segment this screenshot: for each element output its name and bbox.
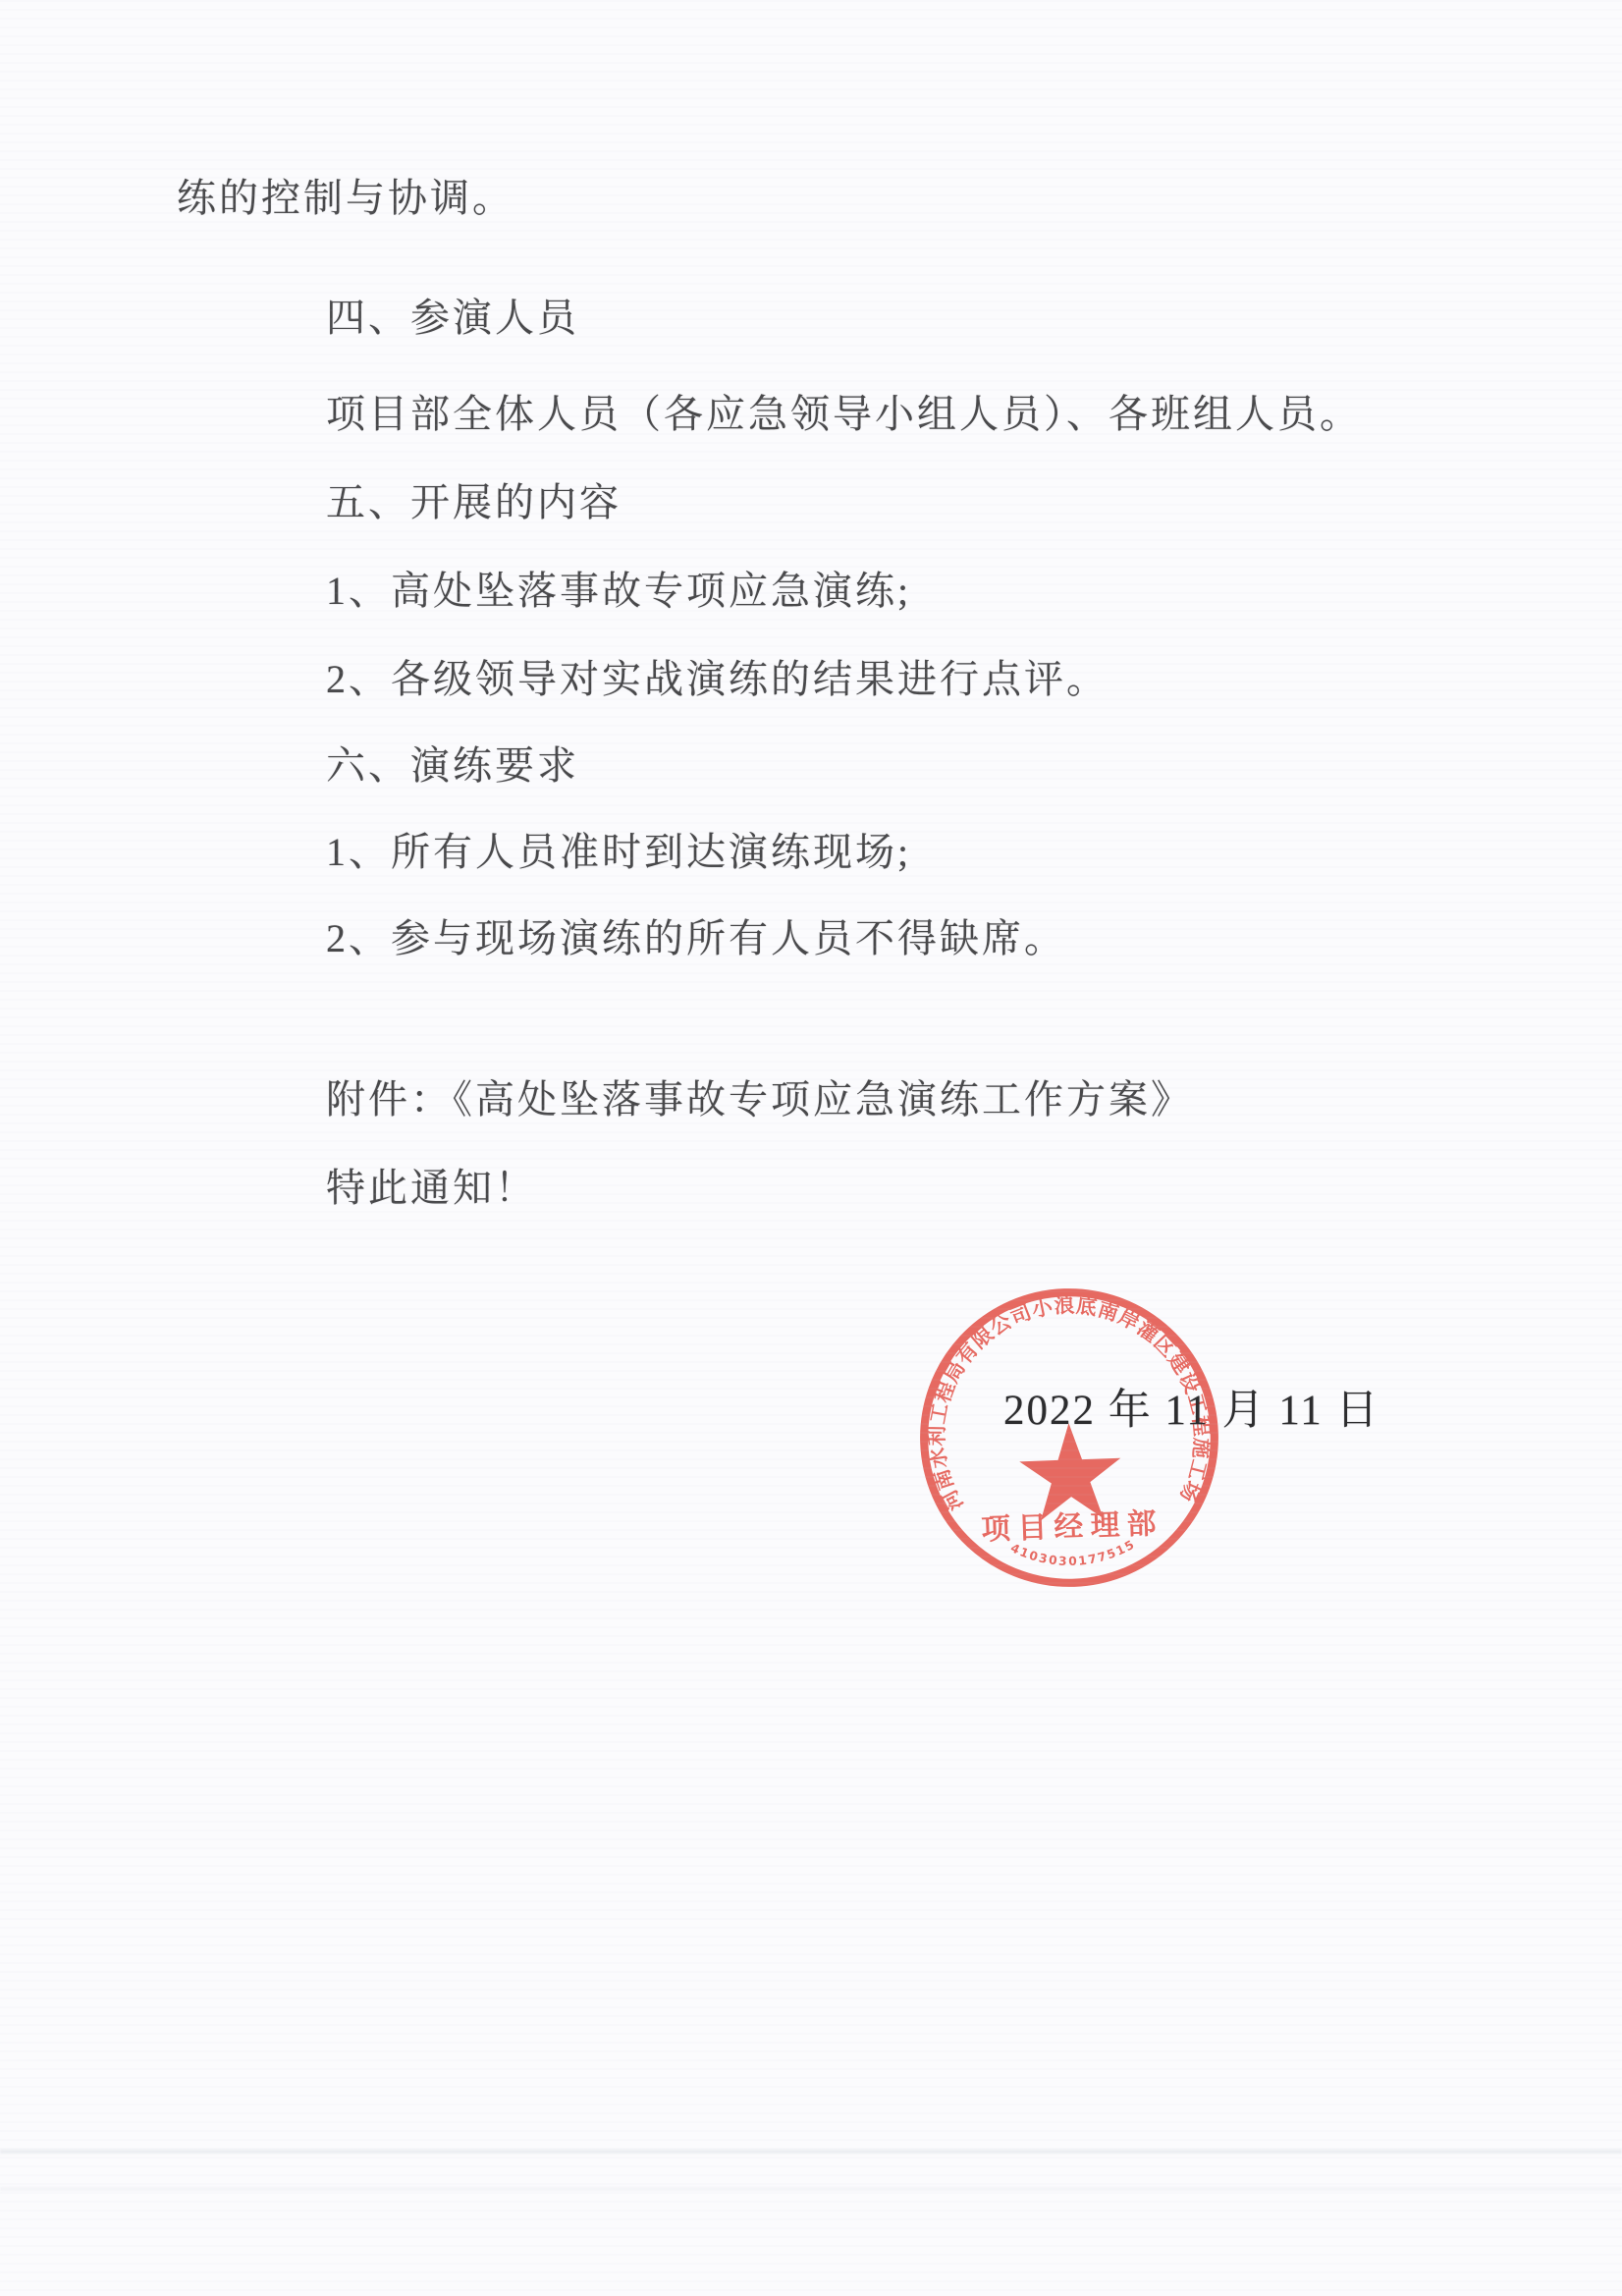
doc-list-item: 2、各级领导对实战演练的结果进行点评。 <box>326 648 1108 704</box>
scan-artifact-band <box>0 2150 1622 2154</box>
doc-list-item: 1、高处坠落事故专项应急演练; <box>326 560 911 616</box>
doc-notice-line: 特此通知！ <box>326 1157 537 1213</box>
scan-artifact-band <box>0 2187 1622 2191</box>
scanned-document-page: 练的控制与协调。 四、参演人员 项目部全体人员（各应急领导小组人员）、各班组人员… <box>0 0 1622 2296</box>
doc-heading-5: 五、开展的内容 <box>326 471 622 527</box>
official-seal-stamp: 河南水利工程局有限公司小浪底南岸灌区建设工程施工场 项目经理部 41030301… <box>911 1280 1228 1597</box>
doc-line: 练的控制与协调。 <box>177 167 514 223</box>
doc-line: 项目部全体人员（各应急领导小组人员）、各班组人员。 <box>326 383 1362 439</box>
doc-heading-4: 四、参演人员 <box>326 287 579 343</box>
doc-list-item: 2、参与现场演练的所有人员不得缺席。 <box>326 907 1066 963</box>
seal-department-label: 项目经理部 <box>981 1507 1164 1546</box>
doc-attachment-line: 附件：《高处坠落事故专项应急演练工作方案》 <box>326 1068 1193 1124</box>
doc-heading-6: 六、演练要求 <box>326 735 579 791</box>
doc-list-item: 1、所有人员准时到达演练现场; <box>326 821 911 877</box>
signature-date: 2022 年 11 月 11 日 <box>1003 1377 1380 1437</box>
